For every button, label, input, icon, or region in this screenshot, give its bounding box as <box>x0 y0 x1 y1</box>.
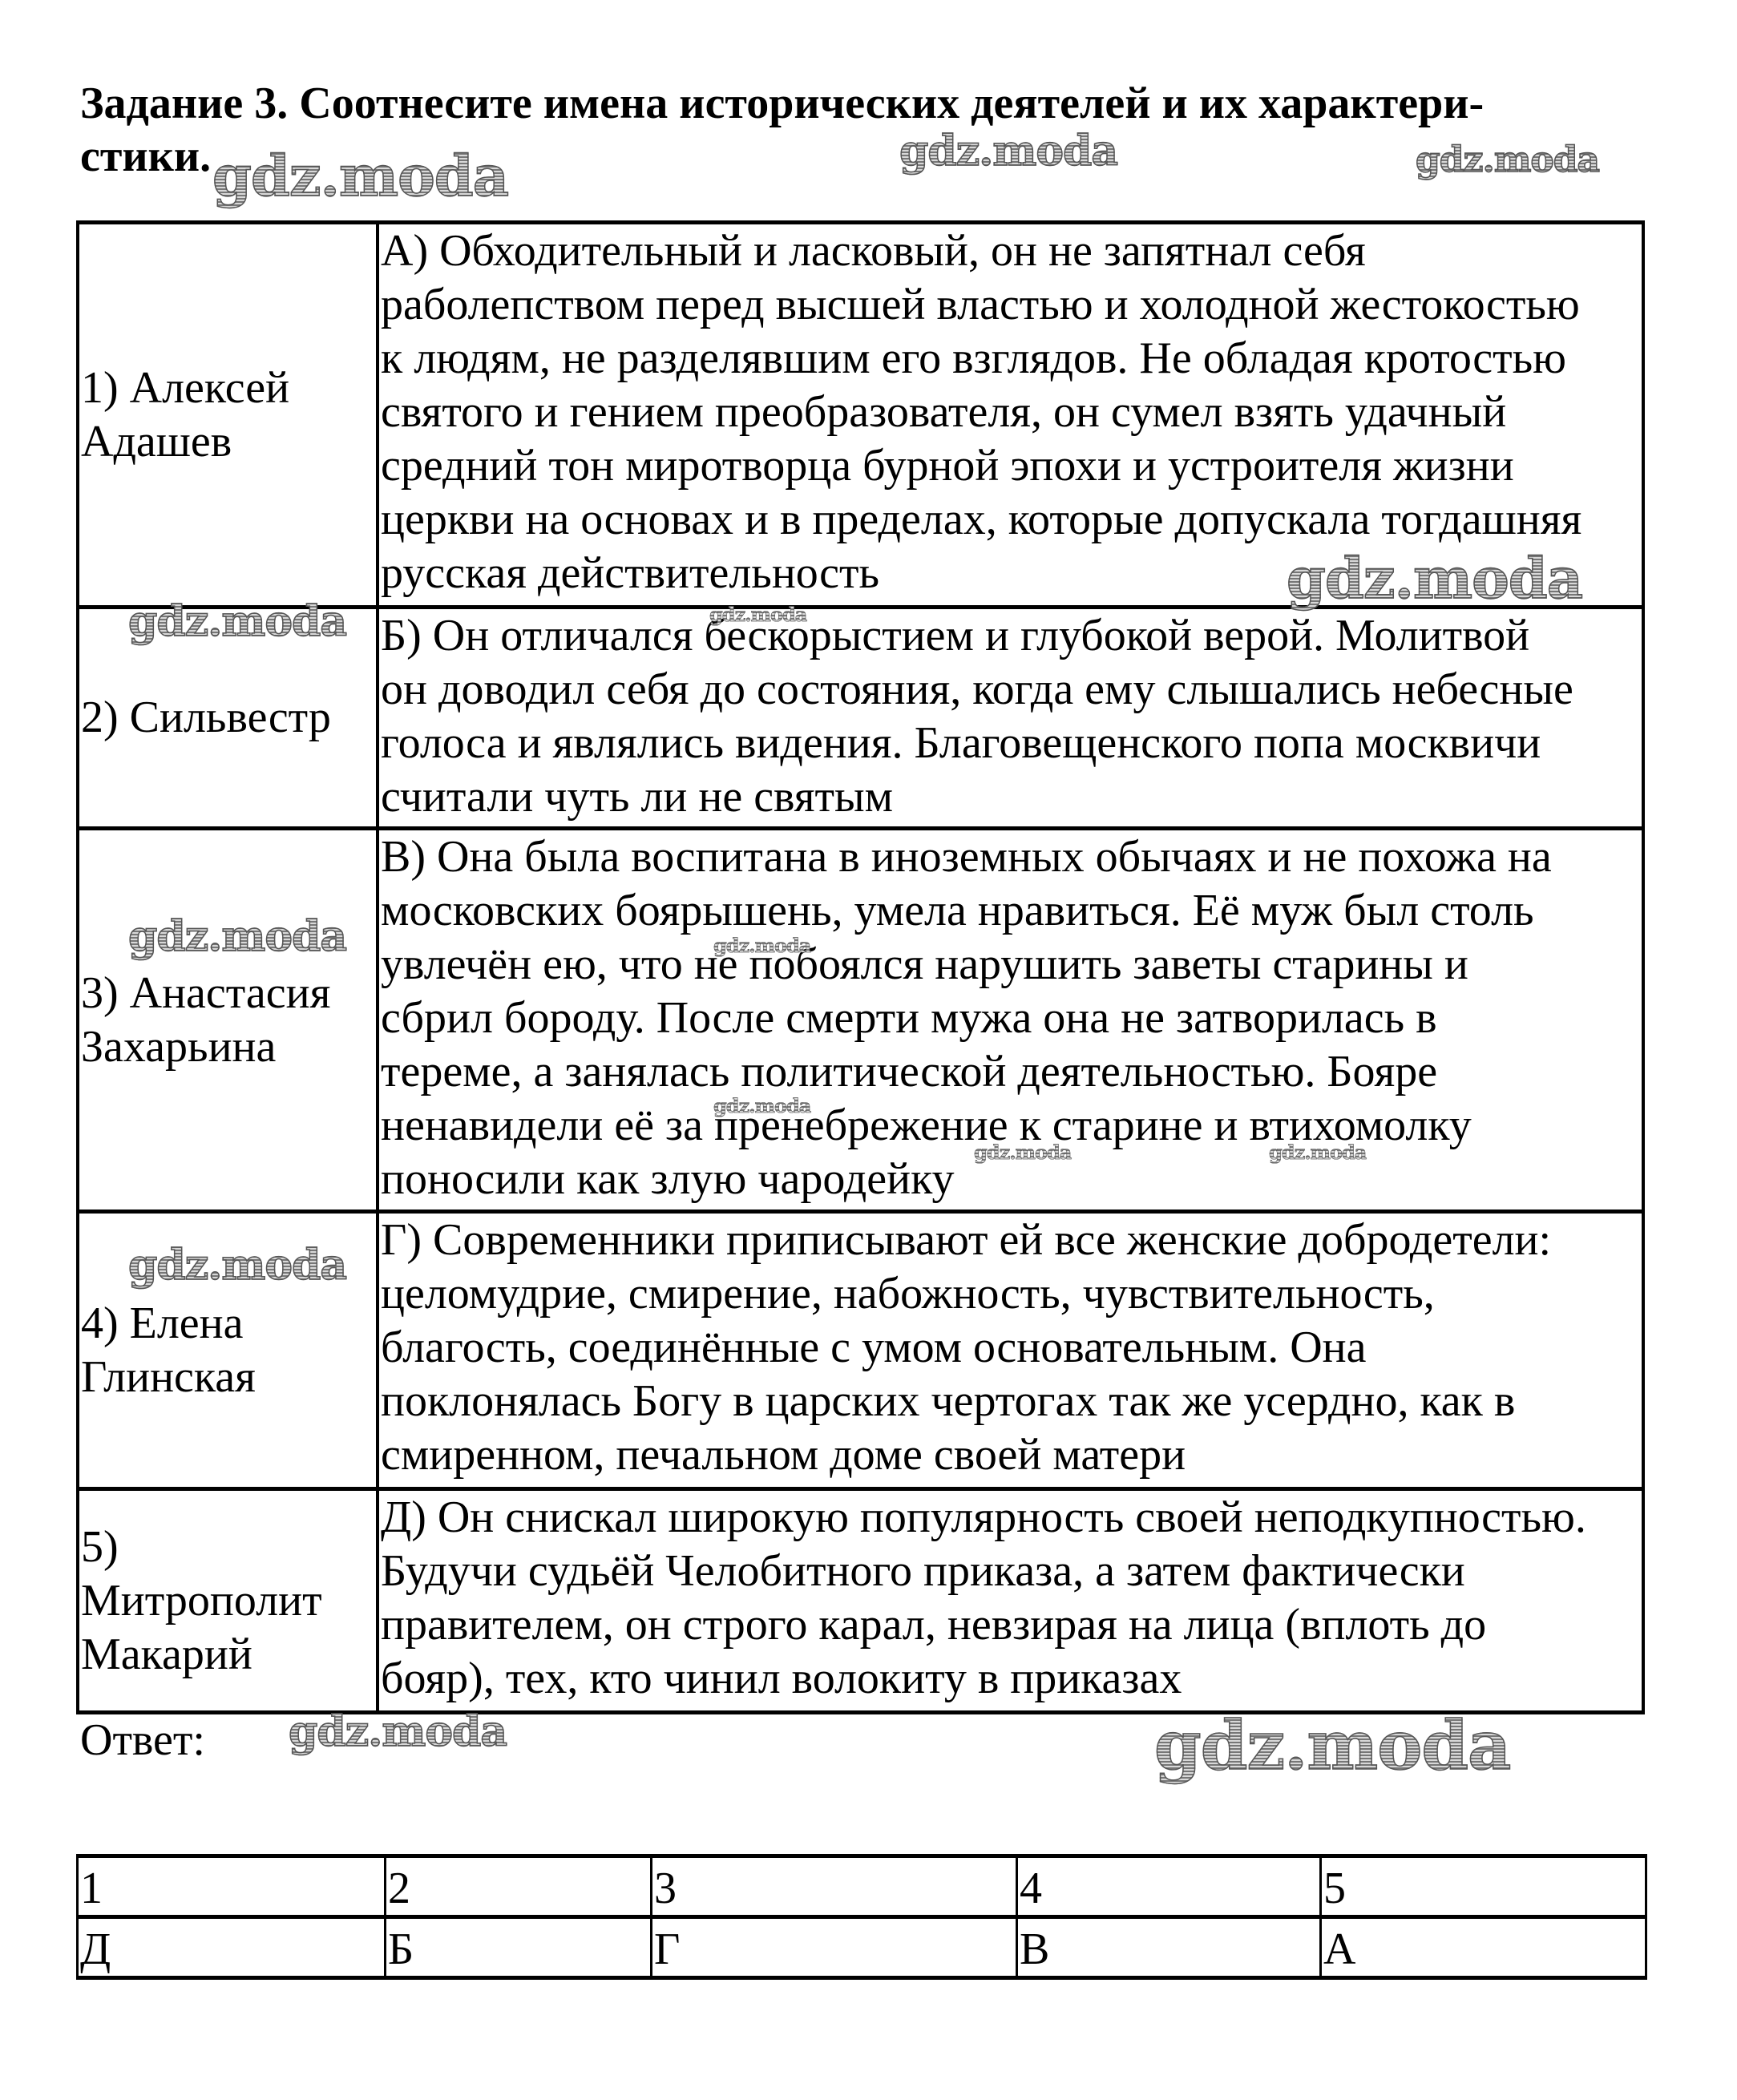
table-row: 1) Алексей Адашев А) Обходительный и лас… <box>78 223 1643 608</box>
answer-value-cell: Б <box>386 1917 652 1978</box>
person-description: А) Обходительный и ласковый, он не запят… <box>378 223 1643 608</box>
person-name-text: 3) Анастасия Захарьина <box>81 968 330 1072</box>
answer-header-cell: 4 <box>1017 1856 1321 1917</box>
person-name: 2) Сильвестр <box>78 608 378 829</box>
table-row: 4) Елена Глинская Г) Современники припис… <box>78 1212 1643 1489</box>
person-description: Г) Современники приписывают ей все женск… <box>378 1212 1643 1489</box>
person-description: В) Она была воспитана в иноземных обычая… <box>378 829 1643 1212</box>
person-description: Д) Он снискал широкую популярность своей… <box>378 1489 1643 1713</box>
person-name: 5) Митрополит Макарий <box>78 1489 378 1713</box>
task-title-text: Задание 3. Соотнесите имена исторических… <box>80 79 1484 181</box>
person-description: Б) Он отличался бескорыстием и глубокой … <box>378 608 1643 829</box>
answer-value-cell: А <box>1321 1917 1646 1978</box>
answer-header-cell: 5 <box>1321 1856 1646 1917</box>
person-name-text: 1) Алексей Адашев <box>81 363 289 466</box>
answer-value-cell: В <box>1017 1917 1321 1978</box>
answer-header-cell: 1 <box>78 1856 386 1917</box>
person-name: 4) Елена Глинская <box>78 1212 378 1489</box>
answer-value-cell: Д <box>78 1917 386 1978</box>
task-title: Задание 3. Соотнесите имена исторических… <box>80 77 1651 183</box>
answer-header-row: 1 2 3 4 5 <box>78 1856 1646 1917</box>
answer-table: 1 2 3 4 5 Д Б Г В А <box>76 1854 1647 1980</box>
table-row: 3) Анастасия Захарьина В) Она была воспи… <box>78 829 1643 1212</box>
matching-table: 1) Алексей Адашев А) Обходительный и лас… <box>76 220 1645 1714</box>
table-row: 5) Митрополит Макарий Д) Он снискал широ… <box>78 1489 1643 1713</box>
person-name-text: 2) Сильвестр <box>81 693 331 742</box>
person-name: 3) Анастасия Захарьина <box>78 829 378 1212</box>
watermark: gdz.moda <box>1154 1706 1510 1785</box>
answer-label: Ответ: <box>80 1714 205 1767</box>
answer-value-cell: Г <box>652 1917 1017 1978</box>
person-name-text: 4) Елена Глинская <box>81 1298 256 1402</box>
person-name-text: 5) Митрополит Макарий <box>81 1522 322 1679</box>
answer-value-row: Д Б Г В А <box>78 1917 1646 1978</box>
table-row: 2) Сильвестр Б) Он отличался бескорыстие… <box>78 608 1643 829</box>
answer-header-cell: 3 <box>652 1856 1017 1917</box>
answer-header-cell: 2 <box>386 1856 652 1917</box>
person-name: 1) Алексей Адашев <box>78 223 378 608</box>
watermark: gdz.moda <box>289 1707 507 1756</box>
